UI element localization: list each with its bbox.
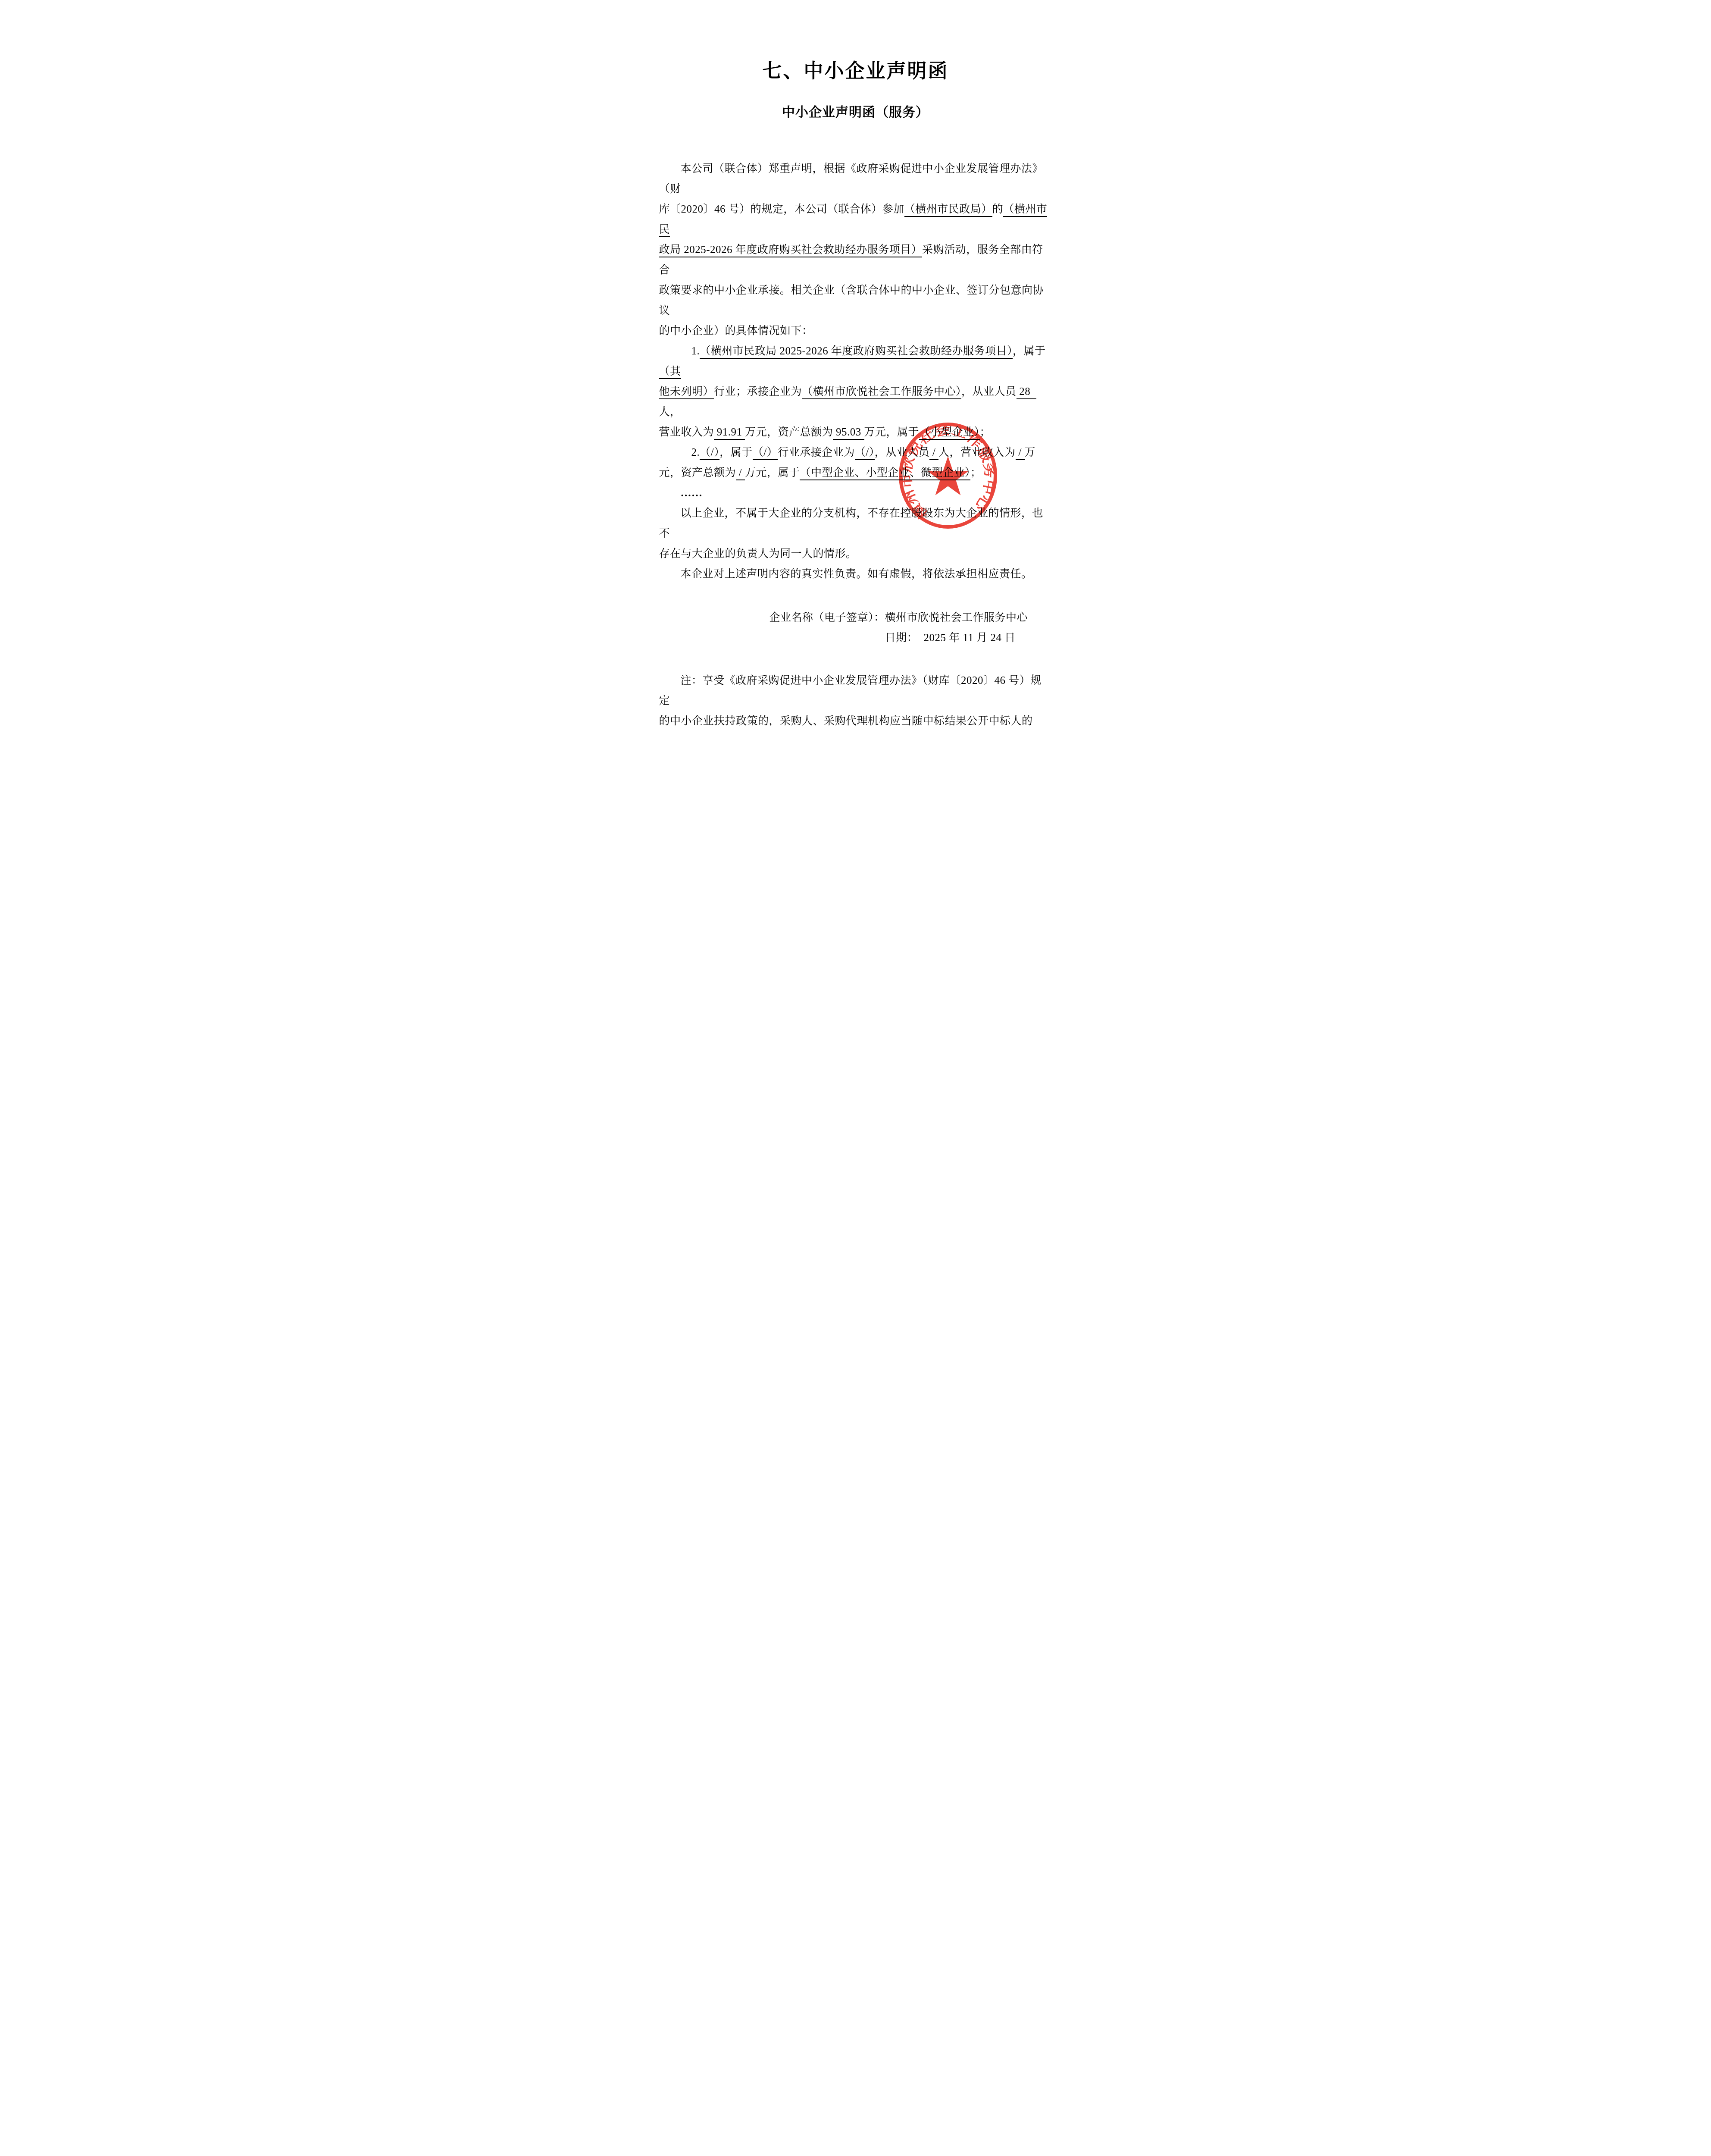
body-line: 的中小企业）的具体情况如下： <box>659 321 1052 341</box>
text-segment: 1. <box>691 345 700 357</box>
text-segment: 的中小企业）的具体情况如下： <box>659 325 813 337</box>
filled-blank: 28 <box>1017 386 1036 399</box>
text-segment: 万 <box>1025 447 1036 458</box>
body-line: 他未列明）行业；承接企业为（横州市欣悦社会工作服务中心），从业人员 28 人， <box>659 382 1052 422</box>
body-line: 本公司（联合体）郑重声明，根据《政府采购促进中小企业发展管理办法》（财 <box>659 159 1052 199</box>
signature-date-line: 日期： 2025 年 11 月 24 日 <box>659 628 1052 648</box>
text-segment: 注：享受《政府采购促进中小企业发展管理办法》（财库〔2020〕46 号）规定 <box>659 675 1042 707</box>
text-segment: 元，资产总额为 <box>659 467 736 479</box>
declaration-body: 本公司（联合体）郑重声明，根据《政府采购促进中小企业发展管理办法》（财库〔202… <box>659 159 1052 584</box>
filled-blank: （小型企业） <box>919 426 980 440</box>
filled-blank: 95.03 <box>833 426 864 440</box>
text-segment: 营业收入为 <box>659 426 714 438</box>
text-segment: 本公司（联合体）郑重声明，根据《政府采购促进中小企业发展管理办法》（财 <box>659 163 1044 195</box>
filled-blank: / <box>929 447 938 460</box>
text-segment: 行业；承接企业为 <box>714 386 802 398</box>
text-segment: ； <box>970 467 982 479</box>
text-segment: ，从业人员 <box>961 386 1017 398</box>
body-line: 存在与大企业的负责人为同一人的情形。 <box>659 544 1052 564</box>
text-segment: 的 <box>992 204 1004 215</box>
body-line: …… <box>659 483 1052 503</box>
note-line: 注：享受《政府采购促进中小企业发展管理办法》（财库〔2020〕46 号）规定 <box>659 671 1052 711</box>
text-segment: 库〔2020〕46 号）的规定，本公司（联合体）参加 <box>659 204 904 215</box>
text-segment: 人，营业收入为 <box>938 447 1016 458</box>
filled-blank: 他未列明） <box>659 386 714 399</box>
signature-block: 企业名称（电子签章）：横州市欣悦社会工作服务中心 日期： 2025 年 11 月… <box>659 608 1052 648</box>
document-page: 七、中小企业声明函 中小企业声明函（服务） 本公司（联合体）郑重声明，根据《政府… <box>599 0 1112 726</box>
page-title: 七、中小企业声明函 <box>659 0 1052 84</box>
body-line: 1.（横州市民政局 2025-2026 年度政府购买社会救助经办服务项目），属于… <box>659 341 1052 382</box>
text-segment: 的中小企业扶持政策的，采购人、采购代理机构应当随中标结果公开中标人的《中 <box>659 715 1033 726</box>
page-subtitle: 中小企业声明函（服务） <box>659 84 1052 121</box>
body-line: 库〔2020〕46 号）的规定，本公司（联合体）参加（横州市民政局）的（横州市民 <box>659 199 1052 240</box>
body-line: 本企业对上述声明内容的真实性负责。如有虚假，将依法承担相应责任。 <box>659 564 1052 584</box>
text-segment: 存在与大企业的负责人为同一人的情形。 <box>659 548 857 560</box>
filled-blank: （横州市民政局） <box>904 204 992 217</box>
filled-blank: / <box>1016 447 1025 460</box>
body-line: 政局 2025-2026 年度政府购买社会救助经办服务项目）采购活动，服务全部由… <box>659 240 1052 280</box>
text-segment: ； <box>980 426 991 438</box>
text-segment: 万元，属于 <box>745 467 800 479</box>
text-segment: ，属于 <box>719 447 753 458</box>
text-segment: 本企业对上述声明内容的真实性负责。如有虚假，将依法承担相应责任。 <box>681 568 1032 580</box>
text-segment: 2. <box>691 447 700 458</box>
body-line: 以上企业，不属于大企业的分支机构，不存在控股股东为大企业的情形，也不 <box>659 503 1052 544</box>
filled-blank: （其 <box>659 366 681 379</box>
note-paragraph: 注：享受《政府采购促进中小企业发展管理办法》（财库〔2020〕46 号）规定的中… <box>659 671 1052 726</box>
text-segment: 以上企业，不属于大企业的分支机构，不存在控股股东为大企业的情形，也不 <box>659 508 1044 539</box>
signature-company-line: 企业名称（电子签章）：横州市欣悦社会工作服务中心 <box>659 608 1052 628</box>
text-segment: ，从业人员 <box>875 447 930 458</box>
filled-blank: 91.91 <box>714 426 745 440</box>
body-line: 营业收入为 91.91 万元，资产总额为 95.03 万元，属于（小型企业）； <box>659 422 1052 442</box>
body-line: 政策要求的中小企业承接。相关企业（含联合体中的中小企业、签订分包意向协议 <box>659 280 1052 321</box>
filled-blank: （/） <box>753 447 778 460</box>
filled-blank: （中型企业、小型企业、微型企业） <box>800 467 970 480</box>
body-line: 2.（/），属于（/）行业承接企业为（/），从业人员 / 人，营业收入为 / 万 <box>659 442 1052 463</box>
body-line: 元，资产总额为 / 万元，属于（中型企业、小型企业、微型企业）； <box>659 463 1052 483</box>
text-segment: …… <box>681 487 703 499</box>
filled-blank: （横州市民政局 2025-2026 年度政府购买社会救助经办服务项目） <box>700 345 1013 359</box>
text-segment: 行业承接企业为 <box>778 447 855 458</box>
filled-blank: （横州市欣悦社会工作服务中心） <box>802 386 961 399</box>
filled-blank: 政局 2025-2026 年度政府购买社会救助经办服务项目） <box>659 244 923 257</box>
text-segment: 万元，属于 <box>864 426 920 438</box>
text-segment: 政策要求的中小企业承接。相关企业（含联合体中的中小企业、签订分包意向协议 <box>659 285 1044 317</box>
document-content: 七、中小企业声明函 中小企业声明函（服务） 本公司（联合体）郑重声明，根据《政府… <box>599 0 1112 726</box>
text-segment: 万元，资产总额为 <box>745 426 833 438</box>
filled-blank: （/） <box>855 447 875 460</box>
note-line: 的中小企业扶持政策的，采购人、采购代理机构应当随中标结果公开中标人的《中 <box>659 711 1052 726</box>
text-segment: ，属于 <box>1013 345 1046 357</box>
filled-blank: （/） <box>700 447 719 460</box>
text-segment: 人， <box>659 406 681 418</box>
filled-blank: / <box>736 467 745 480</box>
